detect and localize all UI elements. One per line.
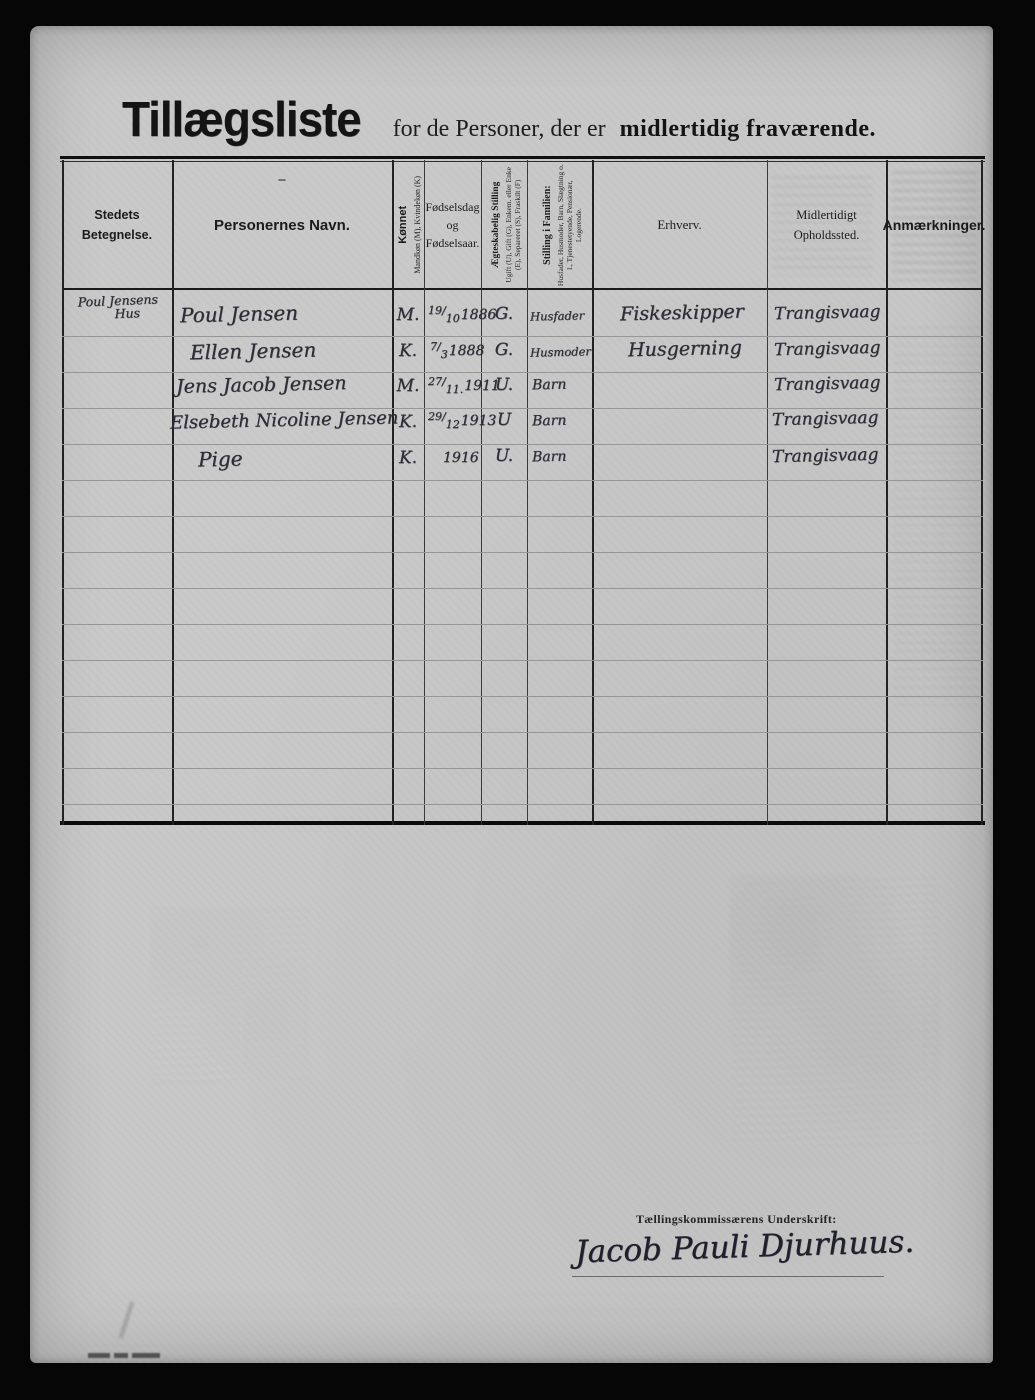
header-place: Stedets Betegnelse. <box>62 162 172 288</box>
entry-name: Elsebeth Nicoline Jensen <box>170 407 399 433</box>
printer-imprint <box>88 1353 160 1358</box>
entry-residence: Trangisvaag <box>772 445 879 467</box>
entry-occupation: Husgerning <box>628 337 742 362</box>
paper-sheet: Tillægsliste for de Personer, der er mid… <box>30 26 993 1363</box>
entry-marital: U. <box>481 375 527 395</box>
entry-family: Barn <box>532 413 567 430</box>
entry-marital: G. <box>481 304 527 324</box>
stray-mark <box>119 1301 134 1338</box>
title-mid: for de Personer, der er <box>393 116 606 143</box>
row-line <box>62 552 983 553</box>
header-name: – Personernes Navn. <box>172 162 392 288</box>
entry-birthdate: 1916 <box>442 447 479 466</box>
entry-name: Ellen Jensen <box>190 338 317 365</box>
entry-sex: M. <box>392 376 424 396</box>
entry-occupation: Fiskeskipper <box>620 301 744 326</box>
header-family: Stilling i Familien: Husfader, Husmoder,… <box>527 162 592 288</box>
row-line <box>62 480 983 481</box>
header-underline <box>62 288 983 290</box>
entry-residence: Trangisvaag <box>774 302 881 324</box>
entry-name: Poul Jensen <box>180 301 299 328</box>
entry-family: Husmoder <box>530 344 591 359</box>
signature-underline <box>572 1276 884 1277</box>
row-line <box>62 660 983 661</box>
entry-marital: G. <box>481 340 527 360</box>
header-marital: Ægteskabelig Stilling Ugift (U), Gift (G… <box>481 162 527 288</box>
table-bottom-rule <box>60 821 985 825</box>
entry-residence: Trangisvaag <box>774 338 881 360</box>
title-emphasis: midlertidig fraværende. <box>620 116 876 143</box>
entry-sex: K. <box>392 412 424 432</box>
entry-sex: K. <box>392 448 424 468</box>
row-line <box>62 768 983 769</box>
header-birth: Fødselsdag og Fødselsaar. <box>424 162 481 288</box>
entry-marital: U <box>481 410 527 430</box>
row-line <box>62 516 983 517</box>
dash-mark: – <box>279 172 286 188</box>
entry-place: Poul Jensens Hus <box>66 293 171 322</box>
entry-name: Pige <box>198 446 243 471</box>
bleedthrough-smudge <box>150 906 310 1086</box>
entry-family: Barn <box>532 377 567 394</box>
entry-family: Barn <box>532 449 567 466</box>
entry-residence: Trangisvaag <box>774 373 881 395</box>
row-line <box>62 624 983 625</box>
entry-sex: M. <box>392 305 424 325</box>
entry-family: Husfader <box>530 308 584 323</box>
header-sex: Kønnet Mandkøn (M), Kvindekøn (K) <box>392 162 424 288</box>
row-line <box>62 732 983 733</box>
entry-marital: U. <box>481 446 527 466</box>
title-main: Tillægsliste <box>122 92 361 148</box>
entry-name: Jens Jacob Jensen <box>176 372 347 398</box>
bleedthrough-smudge <box>730 876 940 1146</box>
scanned-census-form: { "colors": { "paper": "#c7c7c7", "ink":… <box>0 0 1035 1400</box>
entry-birthdate: 7/31888 <box>430 340 484 359</box>
row-line <box>62 696 983 697</box>
signature-label: Tællingskommissærens Underskrift: <box>636 1212 837 1227</box>
header-residence: Midlertidigt Opholdssted. <box>767 162 886 288</box>
page-title: Tillægsliste for de Personer, der er mid… <box>122 92 876 148</box>
signature-name: Jacob Pauli Djurhuus. <box>575 1224 915 1271</box>
row-line <box>62 336 983 337</box>
table-top-rule <box>60 156 985 159</box>
header-remarks: Anmærkninger. <box>886 162 982 288</box>
census-table: Stedets Betegnelse. – Personernes Navn. … <box>62 156 983 825</box>
row-line <box>62 588 983 589</box>
row-line <box>62 804 983 805</box>
entry-residence: Trangisvaag <box>772 408 879 430</box>
header-occupation: Erhverv. <box>592 162 767 288</box>
entry-sex: K. <box>392 341 424 361</box>
